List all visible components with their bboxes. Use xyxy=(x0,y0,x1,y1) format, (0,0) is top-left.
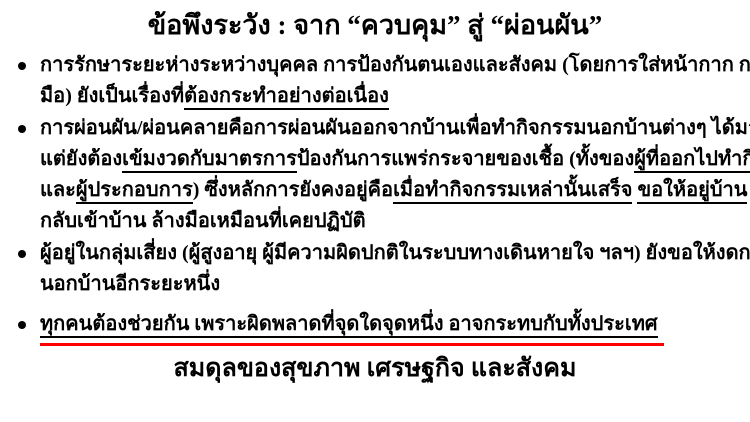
bullet-text: ผู้อยู่ในกลุ่มเสี่ยง (ผู้สูงอายุ ผู้มีคว… xyxy=(40,238,750,300)
text-segment: นอกบ้านอีกระยะหนึ่ง xyxy=(40,273,220,295)
text-line: ทุกคนต้องช่วยกัน เพราะผิดพลาดที่จุดใดจุด… xyxy=(40,309,742,346)
text-segment: การรักษาระยะห่างระหว่างบุคคล การป้องกันต… xyxy=(40,54,750,76)
slide-footer: สมดุลของสุขภาพ เศรษฐกิจ และสังคม xyxy=(0,352,750,386)
underlined-text-segment: ผู้ประกอบการ xyxy=(76,179,193,204)
text-segment: การผ่อนผัน/ผ่อนคลายคือการผ่อนผันออกจากบ้… xyxy=(40,117,750,139)
text-segment: แต่ยังต้อง xyxy=(40,148,122,170)
text-line: แต่ยังต้องเข้มงวดกับมาตรการป้องกันการแพร… xyxy=(40,144,750,175)
bullet-text: การผ่อนผัน/ผ่อนคลายคือการผ่อนผันออกจากบ้… xyxy=(40,113,750,237)
text-segment: กลับเข้าบ้าน ล้างมือเหมือนที่เคยปฏิบัติ xyxy=(40,210,366,232)
text-line: กลับเข้าบ้าน ล้างมือเหมือนที่เคยปฏิบัติ xyxy=(40,206,750,237)
bullet-list: การรักษาระยะห่างระหว่างบุคคล การป้องกันต… xyxy=(0,48,750,346)
text-line: นอกบ้านอีกระยะหนึ่ง xyxy=(40,269,750,300)
text-segment: ป้องกันการแพร่กระจายของเชื้อ (ทั้งของ xyxy=(297,148,634,170)
bullet-item: ทุกคนต้องช่วยกัน เพราะผิดพลาดที่จุดใดจุด… xyxy=(16,309,742,346)
text-line: การรักษาระยะห่างระหว่างบุคคล การป้องกันต… xyxy=(40,50,750,81)
bullet-text: การรักษาระยะห่างระหว่างบุคคล การป้องกันต… xyxy=(40,50,750,112)
slide: ข้อพึงระวัง : จาก “ควบคุม” สู่ “ผ่อนผัน”… xyxy=(0,0,750,422)
underlined-text-segment: ผู้ที่ออกไปทำกิจกรรม xyxy=(634,148,750,173)
underlined-text-segment: ต้องกระทำอย่างต่อเนื่อง xyxy=(184,85,389,110)
underlined-text-segment: ทุกคนต้องช่วยกัน เพราะผิดพลาดที่จุดใดจุด… xyxy=(40,313,658,338)
underlined-text-segment: ขอให้อยู่บ้าน xyxy=(637,179,747,204)
red-underline-wrap: ทุกคนต้องช่วยกัน เพราะผิดพลาดที่จุดใดจุด… xyxy=(40,309,664,346)
bullet-icon xyxy=(18,125,26,133)
bullet-icon xyxy=(18,250,26,258)
bullet-item: ผู้อยู่ในกลุ่มเสี่ยง (ผู้สูงอายุ ผู้มีคว… xyxy=(16,238,742,300)
bullet-item: การรักษาระยะห่างระหว่างบุคคล การป้องกันต… xyxy=(16,50,742,112)
bullet-text: ทุกคนต้องช่วยกัน เพราะผิดพลาดที่จุดใดจุด… xyxy=(40,309,742,346)
underlined-text-segment: เข้มงวดกับมาตรการ xyxy=(122,148,297,173)
text-segment: ) ซึ่งหลักการยังคงอยู่คือ xyxy=(193,179,393,201)
bullet-item: การผ่อนผัน/ผ่อนคลายคือการผ่อนผันออกจากบ้… xyxy=(16,113,742,237)
text-line: และผู้ประกอบการ) ซึ่งหลักการยังคงอยู่คือ… xyxy=(40,175,750,206)
slide-title: ข้อพึงระวัง : จาก “ควบคุม” สู่ “ผ่อนผัน” xyxy=(10,6,740,44)
bullet-icon xyxy=(18,321,26,329)
text-segment: และ xyxy=(40,179,76,201)
underlined-text-segment: เมื่อทำกิจกรรมเหล่านั้นเสร็จ xyxy=(393,179,632,204)
text-segment: มือ) ยังเป็นเรื่องที่ xyxy=(40,85,184,107)
text-line: ผู้อยู่ในกลุ่มเสี่ยง (ผู้สูงอายุ ผู้มีคว… xyxy=(40,238,750,269)
text-line: การผ่อนผัน/ผ่อนคลายคือการผ่อนผันออกจากบ้… xyxy=(40,113,750,144)
text-line: มือ) ยังเป็นเรื่องที่ต้องกระทำอย่างต่อเน… xyxy=(40,81,750,112)
text-segment: ผู้อยู่ในกลุ่มเสี่ยง (ผู้สูงอายุ ผู้มีคว… xyxy=(40,242,750,264)
bullet-icon xyxy=(18,62,26,70)
